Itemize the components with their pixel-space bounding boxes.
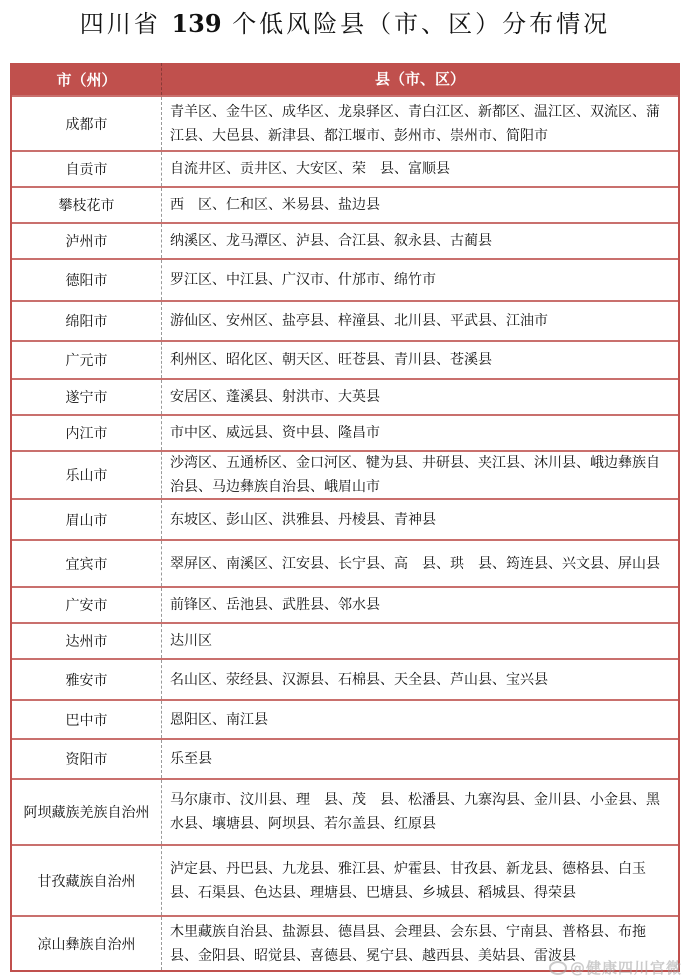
table-row: 阿坝藏族羌族自治州 马尔康市、汶川县、理 县、茂 县、松潘县、九寨沟县、金川县、…	[12, 778, 678, 844]
city-cell: 成都市	[12, 97, 162, 150]
table-row: 自贡市 自流井区、贡井区、大安区、荣 县、富顺县	[12, 150, 678, 186]
table-row: 攀枝花市 西 区、仁和区、米易县、盐边县	[12, 186, 678, 222]
city-cell: 凉山彝族自治州	[12, 917, 162, 970]
city-cell: 绵阳市	[12, 302, 162, 340]
table-row: 广元市 利州区、昭化区、朝天区、旺苍县、青川县、苍溪县	[12, 340, 678, 378]
page-title: 四川省 139 个低风险县（市、区）分布情况	[0, 8, 690, 40]
header-counties: 县（市、区）	[162, 63, 678, 95]
low-risk-counties-table: 市（州） 县（市、区） 成都市 青羊区、金牛区、成华区、龙泉驿区、青白江区、新都…	[10, 63, 680, 972]
city-cell: 雅安市	[12, 660, 162, 699]
counties-cell: 西 区、仁和区、米易县、盐边县	[162, 188, 678, 222]
table-row: 眉山市 东坡区、彭山区、洪雅县、丹棱县、青神县	[12, 498, 678, 539]
table-row: 广安市 前锋区、岳池县、武胜县、邻水县	[12, 586, 678, 622]
counties-cell: 达川区	[162, 624, 678, 658]
city-cell: 巴中市	[12, 701, 162, 738]
table-row: 泸州市 纳溪区、龙马潭区、泸县、合江县、叙永县、古蔺县	[12, 222, 678, 258]
watermark-text: @健康四川官微	[570, 957, 682, 978]
counties-cell: 罗江区、中江县、广汉市、什邡市、绵竹市	[162, 260, 678, 300]
counties-cell: 市中区、威远县、资中县、隆昌市	[162, 416, 678, 450]
counties-cell: 利州区、昭化区、朝天区、旺苍县、青川县、苍溪县	[162, 342, 678, 378]
table-row: 资阳市 乐至县	[12, 738, 678, 778]
table-row: 德阳市 罗江区、中江县、广汉市、什邡市、绵竹市	[12, 258, 678, 300]
counties-cell: 安居区、蓬溪县、射洪市、大英县	[162, 380, 678, 414]
city-cell: 达州市	[12, 624, 162, 658]
city-cell: 宜宾市	[12, 541, 162, 586]
title-number: 139	[171, 9, 221, 38]
table-row: 宜宾市 翠屏区、南溪区、江安县、长宁县、高 县、珙 县、筠连县、兴文县、屏山县	[12, 539, 678, 586]
table-row: 遂宁市 安居区、蓬溪县、射洪市、大英县	[12, 378, 678, 414]
table-row: 乐山市 沙湾区、五通桥区、金口河区、犍为县、井研县、夹江县、沐川县、峨边彝族自治…	[12, 450, 678, 498]
city-cell: 攀枝花市	[12, 188, 162, 222]
title-prefix: 四川省	[80, 10, 161, 38]
city-cell: 眉山市	[12, 500, 162, 539]
counties-cell: 翠屏区、南溪区、江安县、长宁县、高 县、珙 县、筠连县、兴文县、屏山县	[162, 541, 678, 586]
table-row: 绵阳市 游仙区、安州区、盐亭县、梓潼县、北川县、平武县、江油市	[12, 300, 678, 340]
title-suffix: 个低风险县（市、区）分布情况	[232, 10, 610, 38]
counties-cell: 马尔康市、汶川县、理 县、茂 县、松潘县、九寨沟县、金川县、小金县、黑水县、壤塘…	[162, 780, 678, 844]
counties-cell: 名山区、荥经县、汉源县、石棉县、天全县、芦山县、宝兴县	[162, 660, 678, 699]
city-cell: 内江市	[12, 416, 162, 450]
counties-cell: 游仙区、安州区、盐亭县、梓潼县、北川县、平武县、江油市	[162, 302, 678, 340]
city-cell: 自贡市	[12, 152, 162, 186]
city-cell: 乐山市	[12, 452, 162, 498]
city-cell: 甘孜藏族自治州	[12, 846, 162, 915]
counties-cell: 东坡区、彭山区、洪雅县、丹棱县、青神县	[162, 500, 678, 539]
counties-cell: 纳溪区、龙马潭区、泸县、合江县、叙永县、古蔺县	[162, 224, 678, 258]
table-header-row: 市（州） 县（市、区）	[12, 63, 678, 95]
table-row: 巴中市 恩阳区、南江县	[12, 699, 678, 738]
weibo-icon	[549, 961, 567, 975]
table-row: 内江市 市中区、威远县、资中县、隆昌市	[12, 414, 678, 450]
counties-cell: 乐至县	[162, 740, 678, 778]
city-cell: 资阳市	[12, 740, 162, 778]
watermark: @健康四川官微	[549, 957, 682, 978]
counties-cell: 恩阳区、南江县	[162, 701, 678, 738]
counties-cell: 青羊区、金牛区、成华区、龙泉驿区、青白江区、新都区、温江区、双流区、蒲江县、大邑…	[162, 97, 678, 150]
city-cell: 阿坝藏族羌族自治州	[12, 780, 162, 844]
header-city: 市（州）	[12, 63, 162, 95]
table-row: 达州市 达川区	[12, 622, 678, 658]
city-cell: 泸州市	[12, 224, 162, 258]
city-cell: 德阳市	[12, 260, 162, 300]
table-row: 甘孜藏族自治州 泸定县、丹巴县、九龙县、雅江县、炉霍县、甘孜县、新龙县、德格县、…	[12, 844, 678, 915]
counties-cell: 自流井区、贡井区、大安区、荣 县、富顺县	[162, 152, 678, 186]
city-cell: 广安市	[12, 588, 162, 622]
counties-cell: 泸定县、丹巴县、九龙县、雅江县、炉霍县、甘孜县、新龙县、德格县、白玉县、石渠县、…	[162, 846, 678, 915]
counties-cell: 前锋区、岳池县、武胜县、邻水县	[162, 588, 678, 622]
city-cell: 广元市	[12, 342, 162, 378]
table-row: 成都市 青羊区、金牛区、成华区、龙泉驿区、青白江区、新都区、温江区、双流区、蒲江…	[12, 95, 678, 150]
table-row: 雅安市 名山区、荥经县、汉源县、石棉县、天全县、芦山县、宝兴县	[12, 658, 678, 699]
city-cell: 遂宁市	[12, 380, 162, 414]
counties-cell: 沙湾区、五通桥区、金口河区、犍为县、井研县、夹江县、沐川县、峨边彝族自治县、马边…	[162, 452, 678, 498]
